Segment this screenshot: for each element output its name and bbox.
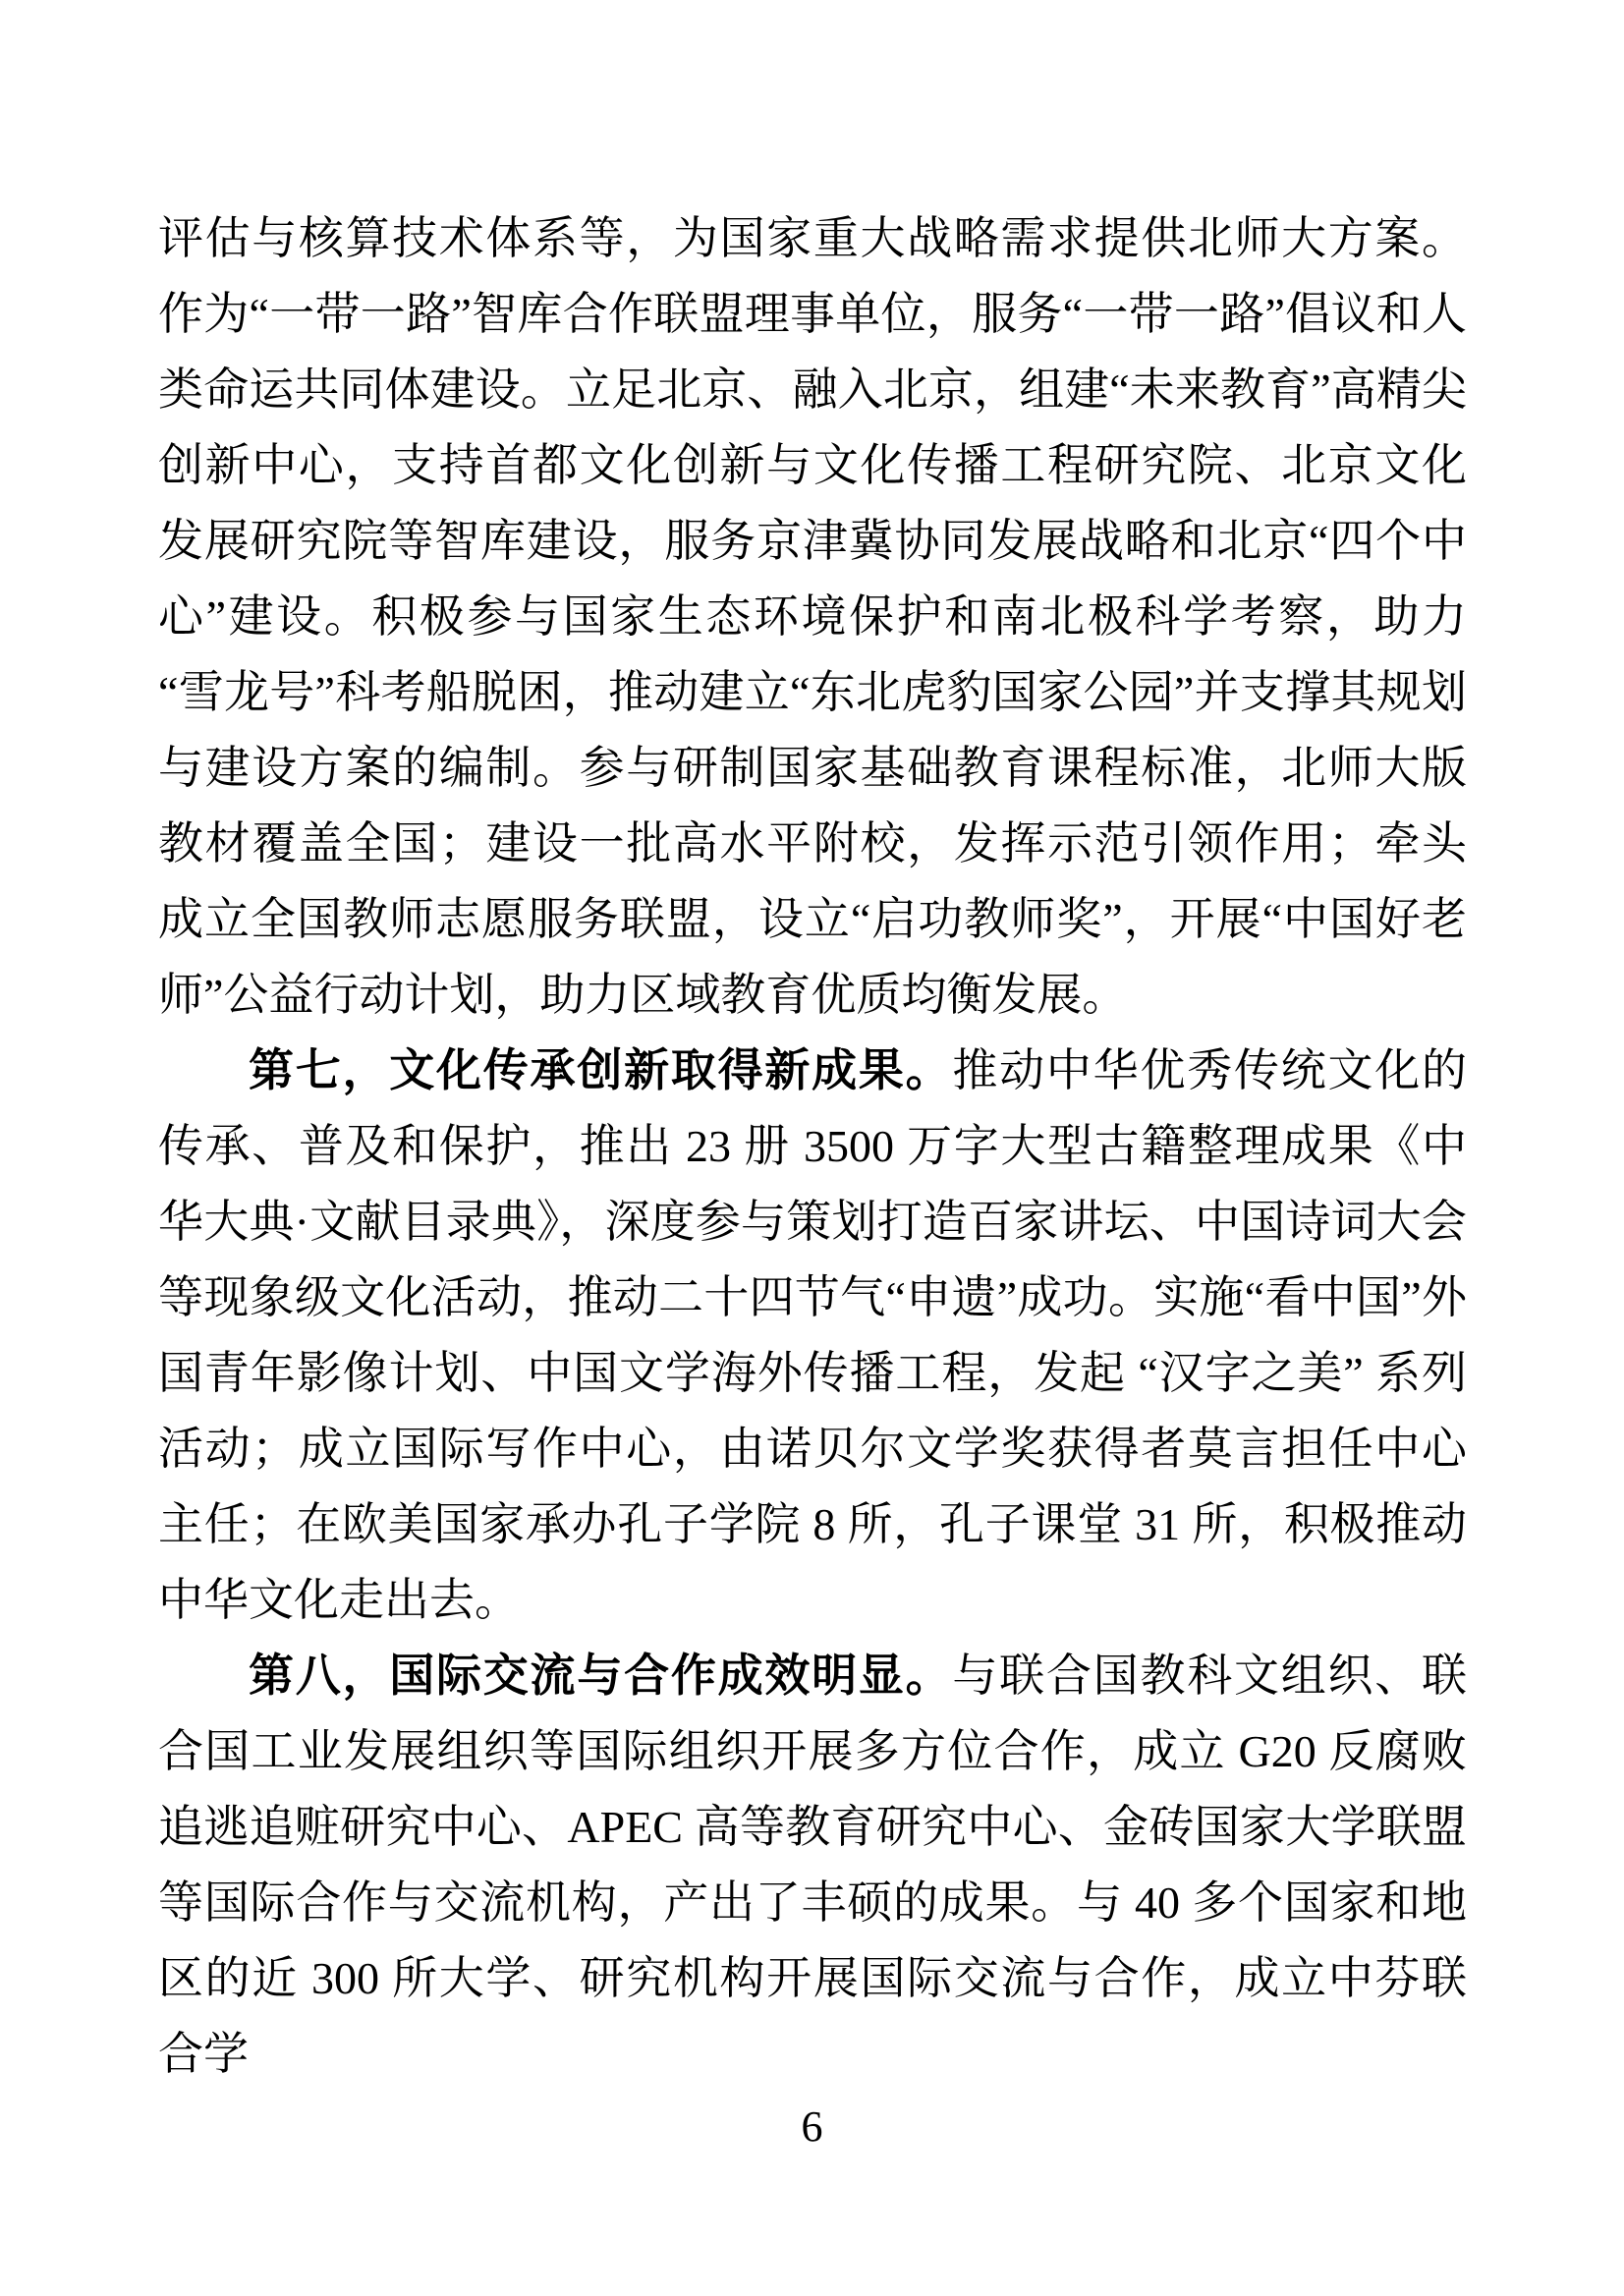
paragraph-continuation: 评估与核算技术体系等，为国家重大战略需求提供北师大方案。作为“一带一路”智库合作… xyxy=(158,200,1467,1033)
page-number: 6 xyxy=(0,2102,1624,2152)
document-body: 评估与核算技术体系等，为国家重大战略需求提供北师大方案。作为“一带一路”智库合作… xyxy=(158,200,1467,2092)
document-page: 评估与核算技术体系等，为国家重大战略需求提供北师大方案。作为“一带一路”智库合作… xyxy=(0,0,1624,2296)
paragraph-seventh-achievement: 第七，文化传承创新取得新成果。推动中华优秀传统文化的传承、普及和保护，推出 23… xyxy=(158,1033,1467,1638)
paragraph-lead: 第八，国际交流与合作成效明显。 xyxy=(249,1650,952,1701)
paragraph-text: 与联合国教科文组织、联合国工业发展组织等国际组织开展多方位合作，成立 G20 反… xyxy=(158,1651,1467,2079)
paragraph-lead: 第七，文化传承创新取得新成果。 xyxy=(249,1044,952,1095)
paragraph-eighth-achievement: 第八，国际交流与合作成效明显。与联合国教科文组织、联合国工业发展组织等国际组织开… xyxy=(158,1638,1467,2092)
paragraph-text: 评估与核算技术体系等，为国家重大战略需求提供北师大方案。作为“一带一路”智库合作… xyxy=(158,213,1467,1020)
paragraph-text: 推动中华优秀传统文化的传承、普及和保护，推出 23 册 3500 万字大型古籍整… xyxy=(158,1045,1467,1625)
